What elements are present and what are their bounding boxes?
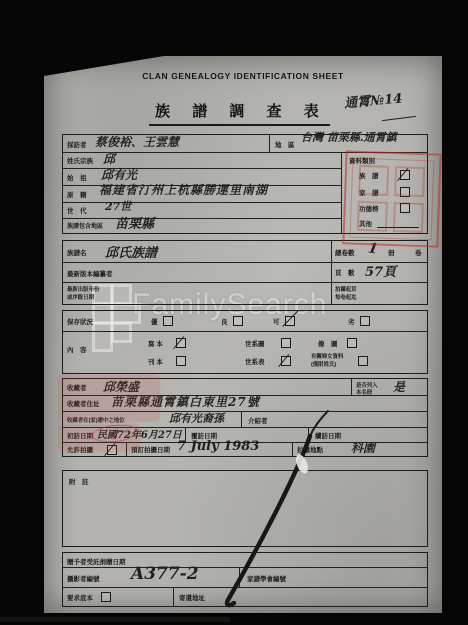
condition-fair: 可 <box>273 317 280 326</box>
condition-poor: 劣 <box>348 317 355 326</box>
manuscript-checkbox[interactable] <box>176 338 186 348</box>
red-seal-stamp <box>342 150 441 247</box>
book-table: 族譜名 邱氏族譜 總卷數 1 冊 卷 最新版本編纂者 頁 數 57頁 最新出版年… <box>62 240 428 305</box>
scan-edge-smudge <box>0 617 230 622</box>
notes-box: 附 註 <box>62 470 428 547</box>
printed-label: 刊 本 <box>148 357 163 366</box>
condition-label: 保存狀況 <box>67 317 93 326</box>
listed-label-line2: 本名冊 <box>356 388 372 396</box>
generations-value: 27世 <box>105 198 131 214</box>
request-master-label: 要求底本 <box>67 593 93 602</box>
scanned-form: CLAN GENEALOGY IDENTIFICATION SHEET 族 譜 … <box>44 56 442 613</box>
contents-label: 內 容 <box>67 345 87 354</box>
condition-excellent: 優 <box>151 317 158 326</box>
introducer-label: 介紹者 <box>248 416 268 425</box>
filming-place-value: 科園 <box>351 439 375 456</box>
surname-clan-value: 邱 <box>103 150 115 167</box>
genealogy-name-value: 邱氏族譜 <box>105 242 157 261</box>
area-label: 地 區 <box>275 140 295 149</box>
volumes-unit-juan: 卷 <box>415 248 422 257</box>
coverage-area-label: 族譜包含地區 <box>67 221 103 230</box>
portrait-label: 像 圖 <box>318 339 338 348</box>
owner-position-value: 邱有光裔孫 <box>169 410 224 426</box>
condition-excellent-checkbox[interactable] <box>163 316 173 326</box>
area-value: 台灣 苗栗縣.通霄鎮 <box>301 129 397 145</box>
volumes-label: 總卷數 <box>335 248 355 257</box>
printed-checkbox[interactable] <box>176 356 186 366</box>
scheduled-filming-date-value: 7 July 1983 <box>177 439 259 454</box>
listed-value: 是 <box>393 378 405 395</box>
form-title-chinese: 族 譜 調 查 表 <box>149 100 330 126</box>
camera-operator-number-value: A377-2 <box>131 564 199 584</box>
generations-label: 世 代 <box>67 206 87 215</box>
condition-table: 保存狀況 優 良 可 劣 內 容 寫 本 世系圖 像 圖 刊 本 世系表 有關婦… <box>62 310 428 374</box>
lineage-chart-checkbox[interactable] <box>281 338 291 348</box>
compiler-label: 最新版本編纂者 <box>67 269 113 278</box>
camera-operator-number-label: 攝影者編號 <box>67 574 100 583</box>
interviewer-label: 採訪者 <box>67 140 87 149</box>
condition-good-checkbox[interactable] <box>233 316 243 326</box>
corner-handwritten-number: 通霄№14 <box>343 87 403 111</box>
interviewer-value: 蔡俊裕、王雲慧 <box>95 133 179 150</box>
genealogy-name-label: 族譜名 <box>67 248 87 257</box>
pages-value: 57頁 <box>365 261 396 280</box>
followup-visit-label: 續訪日期 <box>315 431 341 440</box>
women-data-checkbox[interactable] <box>358 356 368 366</box>
volumes-unit-ce: 冊 <box>388 248 395 257</box>
lineage-table-checkbox[interactable] <box>281 356 291 366</box>
lineage-table-label: 世系表 <box>245 357 265 366</box>
preface-date-label: 或序跋日期 <box>67 293 94 301</box>
society-number-label: 家譜學會編號 <box>247 574 286 583</box>
first-ancestor-label: 始 祖 <box>67 173 87 182</box>
women-data-label: 有關婦女資料 <box>311 352 343 360</box>
return-address-label: 寄還地址 <box>179 593 205 602</box>
donation-date-label: 贈予者受託捐贈日期 <box>67 557 126 566</box>
surname-clan-label: 姓氏宗族 <box>67 156 93 165</box>
lineage-chart-label: 世系圖 <box>245 339 265 348</box>
women-data-label2: (僅限姓氏) <box>311 360 336 368</box>
portrait-checkbox[interactable] <box>347 338 357 348</box>
red-stamp-wash <box>58 374 160 422</box>
request-master-checkbox[interactable] <box>101 592 111 602</box>
corner-underline <box>382 116 416 121</box>
condition-poor-checkbox[interactable] <box>360 316 370 326</box>
original-home-value: 福建省汀州上杭縣勝運里南湖 <box>99 181 268 198</box>
admin-table: 贈予者受託捐贈日期 攝影者編號 A377-2 家譜學會編號 要求底本 寄還地址 <box>62 552 428 607</box>
form-title-english: CLAN GENEALOGY IDENTIFICATION SHEET <box>44 71 442 81</box>
manuscript-label: 寫 本 <box>148 339 163 348</box>
film-start-page-label: 拍攝起頁 <box>335 285 357 293</box>
filming-place-label: 拍攝地點 <box>297 445 323 454</box>
coverage-area-value: 苗栗縣 <box>115 213 154 232</box>
pages-label: 頁 數 <box>335 268 355 277</box>
original-home-label: 原 籍 <box>67 190 87 199</box>
reel-range-label: 每卷起迄 <box>335 293 357 301</box>
condition-good: 良 <box>221 317 228 326</box>
publication-year-label: 最新出版年份 <box>67 285 99 293</box>
notes-label: 附 註 <box>69 477 89 486</box>
condition-fair-checkbox[interactable] <box>285 316 295 326</box>
